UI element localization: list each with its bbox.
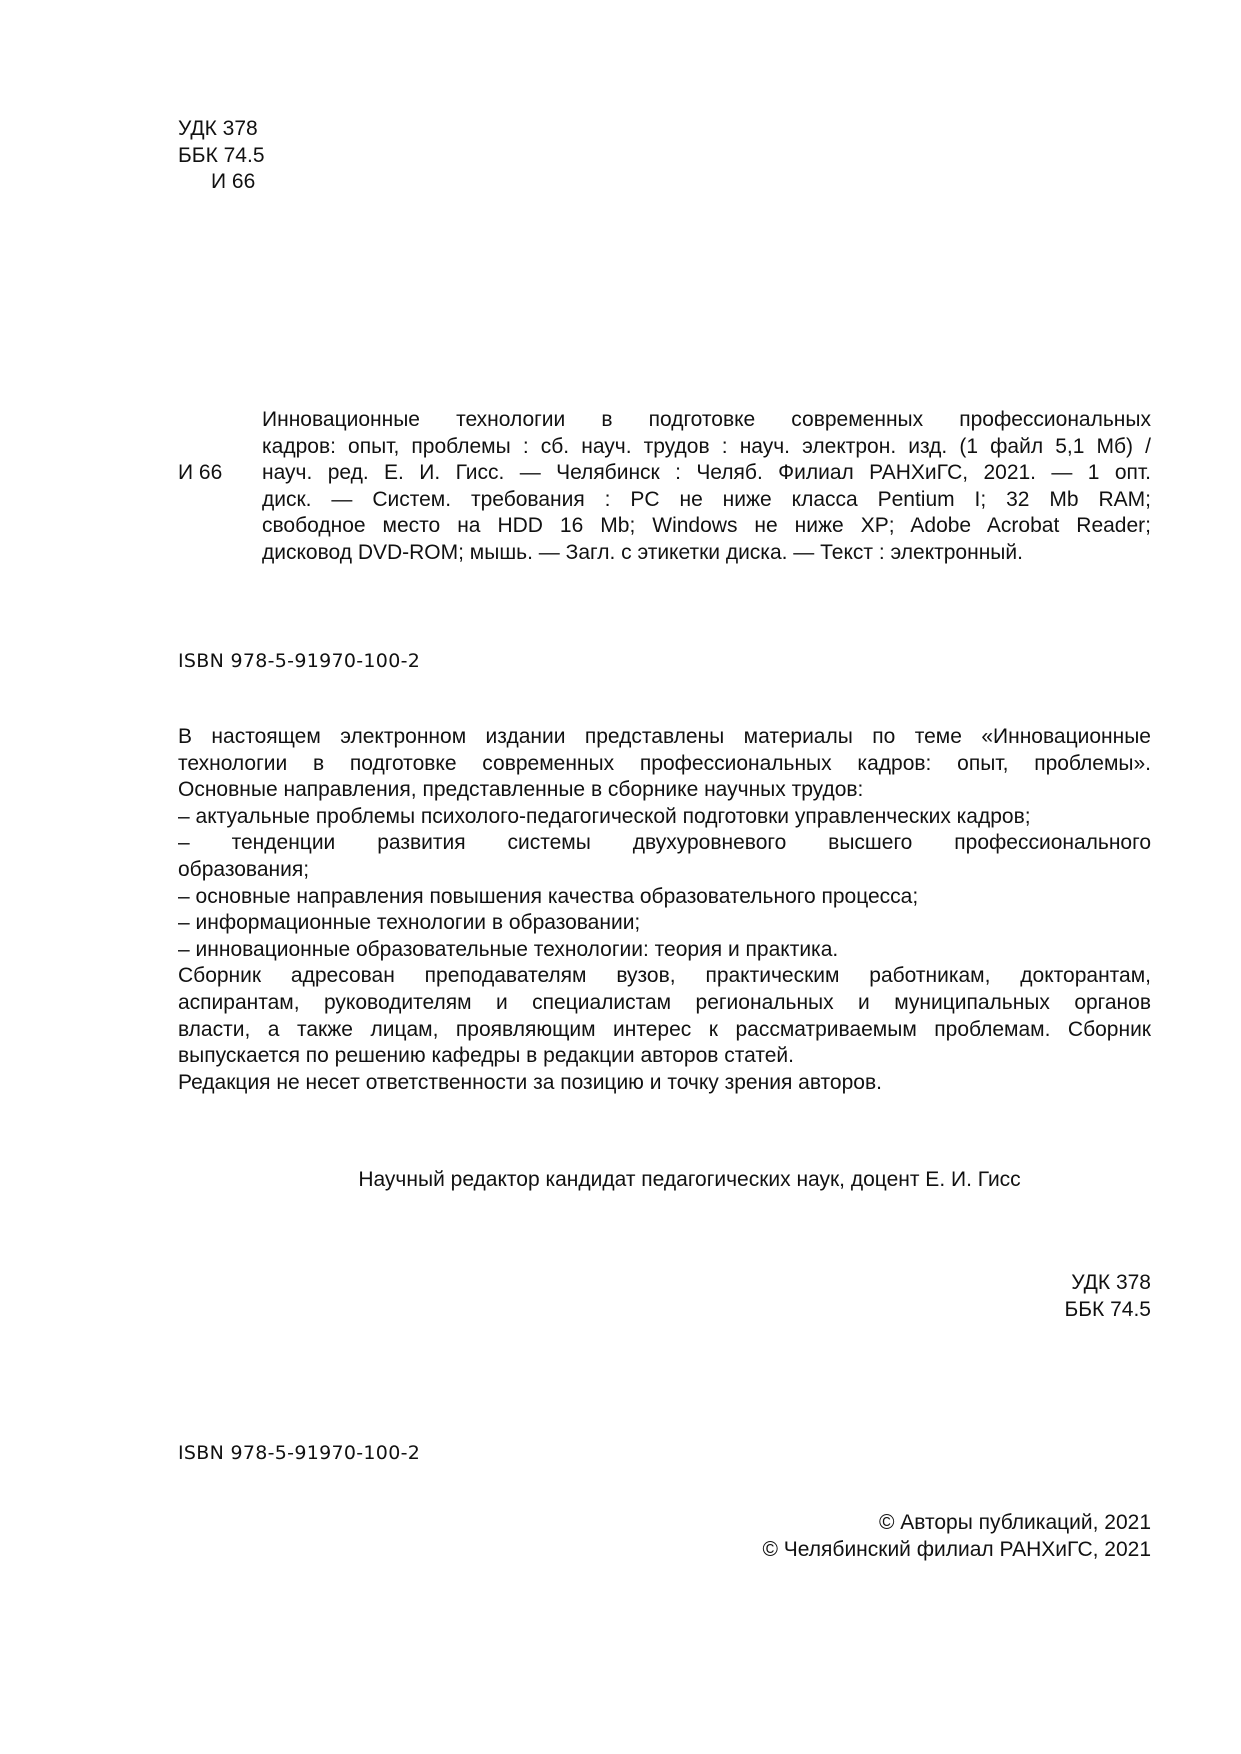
abstract: В настоящем электронном издании представ… bbox=[178, 724, 1151, 1096]
isbn-bottom: ISBN 978-5-91970-100-2 bbox=[178, 1440, 420, 1467]
copyright-authors: © Авторы публикаций, 2021 bbox=[600, 1510, 1151, 1537]
bib-line: дисковод DVD-ROM; мышь. — Загл. с этикет… bbox=[262, 540, 1151, 567]
bib-line: Инновационные технологии в подготовке со… bbox=[262, 407, 1151, 434]
udk-code: УДК 378 bbox=[178, 116, 265, 143]
editor-text: Научный редактор кандидат педагогических… bbox=[358, 1168, 1020, 1191]
copyright-block: © Авторы публикаций, 2021 © Челябинский … bbox=[600, 1510, 1151, 1563]
bibliographic-description: Инновационные технологии в подготовке со… bbox=[262, 407, 1151, 567]
abstract-line: – основные направления повышения качеств… bbox=[178, 884, 1151, 911]
abstract-line: технологии в подготовке современных проф… bbox=[178, 751, 1151, 778]
abstract-line: Редакция не несет ответственности за поз… bbox=[178, 1070, 1151, 1097]
abstract-line: власти, а также лицам, проявляющим интер… bbox=[178, 1017, 1151, 1044]
author-mark: И 66 bbox=[178, 169, 265, 196]
bib-line: кадров: опыт, проблемы : сб. науч. трудо… bbox=[262, 434, 1151, 461]
classification-codes-top: УДК 378 ББК 74.5 И 66 bbox=[178, 116, 265, 196]
abstract-line: аспирантам, руководителям и специалистам… bbox=[178, 990, 1151, 1017]
abstract-line: – актуальные проблемы психолого-педагоги… bbox=[178, 804, 1151, 831]
abstract-line: выпускается по решению кафедры в редакци… bbox=[178, 1043, 1151, 1070]
bbk-code: ББК 74.5 bbox=[900, 1297, 1151, 1324]
abstract-line: – инновационные образовательные технолог… bbox=[178, 937, 1151, 964]
scientific-editor: Научный редактор кандидат педагогических… bbox=[178, 1167, 1151, 1194]
bib-line: науч. ред. Е. И. Гисс. — Челябинск : Чел… bbox=[262, 460, 1151, 487]
bib-line: свободное место на HDD 16 Mb; Windows не… bbox=[262, 513, 1151, 540]
bib-line: диск. — Систем. требования : PC не ниже … bbox=[262, 487, 1151, 514]
abstract-line: образования; bbox=[178, 857, 1151, 884]
bbk-code: ББК 74.5 bbox=[178, 143, 265, 170]
isbn-top: ISBN 978-5-91970-100-2 bbox=[178, 648, 420, 675]
abstract-line: Сборник адресован преподавателям вузов, … bbox=[178, 963, 1151, 990]
abstract-line: В настоящем электронном издании представ… bbox=[178, 724, 1151, 751]
classification-codes-bottom: УДК 378 ББК 74.5 bbox=[900, 1270, 1151, 1323]
abstract-line: – информационные технологии в образовани… bbox=[178, 910, 1151, 937]
abstract-line: – тенденции развития системы двухуровнев… bbox=[178, 830, 1151, 857]
udk-code: УДК 378 bbox=[900, 1270, 1151, 1297]
copyright-publisher: © Челябинский филиал РАНХиГС, 2021 bbox=[600, 1537, 1151, 1564]
abstract-line: Основные направления, представленные в с… bbox=[178, 777, 1151, 804]
bibliographic-author-mark: И 66 bbox=[178, 460, 222, 487]
